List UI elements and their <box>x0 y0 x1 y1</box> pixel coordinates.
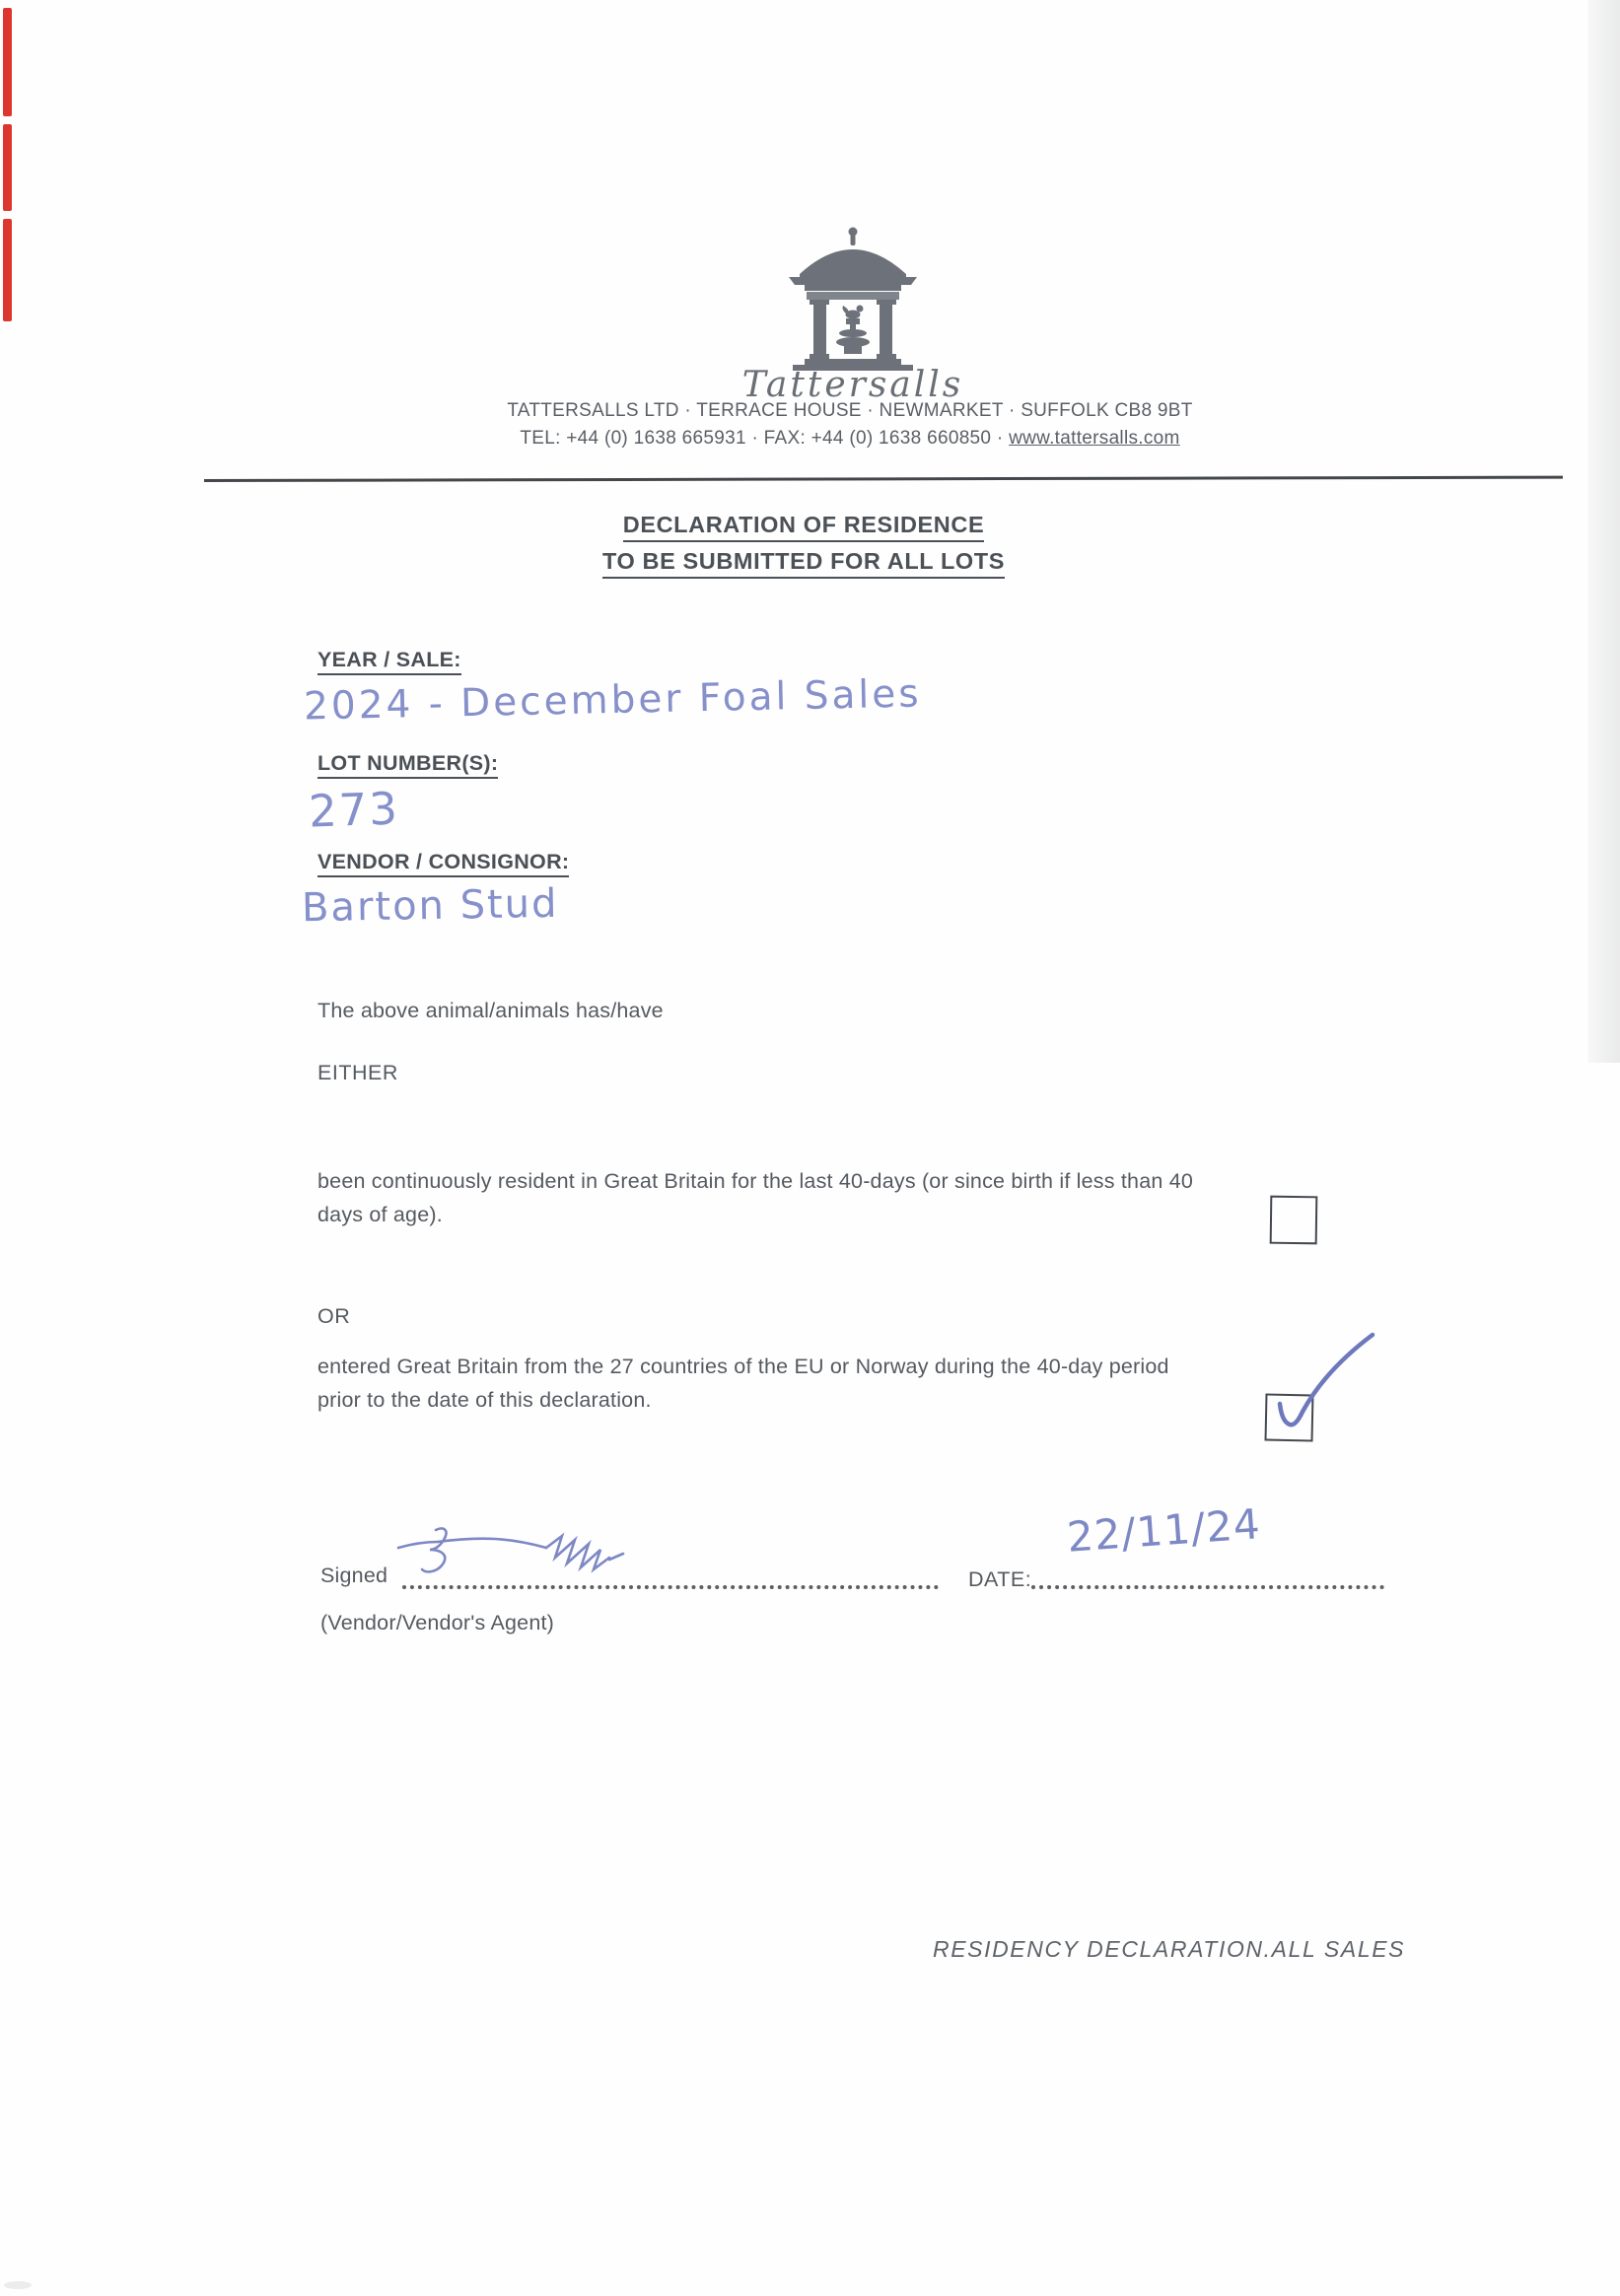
document-title-line2: TO BE SUBMITTED FOR ALL LOTS <box>311 548 1297 575</box>
tattersalls-cupola-logo <box>781 223 925 371</box>
option1-line1: been continuously resident in Great Brit… <box>317 1164 1417 1198</box>
year-sale-handwritten-value: 2024 - December Foal Sales <box>304 671 922 729</box>
contact-numbers: TEL: +44 (0) 1638 665931 · FAX: +44 (0) … <box>520 428 1009 449</box>
option2-line2: prior to the date of this declaration. <box>317 1383 1417 1417</box>
vendor-consignor-label: VENDOR / CONSIGNOR: <box>317 850 569 874</box>
letterhead-contact: TEL: +44 (0) 1638 665931 · FAX: +44 (0) … <box>317 428 1382 450</box>
document-reference: RESIDENCY DECLARATION.ALL SALES <box>933 1936 1405 1963</box>
scan-edge-shadow <box>1587 0 1620 1063</box>
lot-numbers-handwritten-value: 273 <box>308 782 400 837</box>
option1-line2: days of age). <box>317 1198 1417 1231</box>
scanned-declaration-page: Tattersalls TATTERSALLS LTD · TERRACE HO… <box>0 0 1620 2296</box>
vendor-handwritten-value: Barton Stud <box>302 881 559 932</box>
either-label: EITHER <box>317 1061 398 1085</box>
signed-label: Signed <box>320 1564 387 1588</box>
vendor-agent-note: (Vendor/Vendor's Agent) <box>320 1611 554 1635</box>
date-dotted-line <box>1031 1585 1384 1589</box>
header-divider <box>204 476 1563 482</box>
date-label: DATE: <box>968 1567 1031 1592</box>
scan-smudge <box>4 2281 32 2289</box>
lot-numbers-label: LOT NUMBER(S): <box>317 751 498 776</box>
document-title-line1: DECLARATION OF RESIDENCE <box>311 512 1297 538</box>
entered-gb-checkbox <box>1265 1393 1314 1441</box>
website-link: www.tattersalls.com <box>1009 428 1180 449</box>
red-margin-mark <box>3 219 12 321</box>
red-margin-mark <box>3 124 12 211</box>
brand-script-name: Tattersalls <box>725 365 981 405</box>
letterhead-address: TATTERSALLS LTD · TERRACE HOUSE · NEWMAR… <box>317 400 1382 422</box>
option1-text: been continuously resident in Great Brit… <box>317 1164 1417 1231</box>
year-sale-label: YEAR / SALE: <box>317 648 461 672</box>
resident-40days-checkbox <box>1270 1196 1318 1245</box>
handwritten-signature <box>392 1514 688 1599</box>
intro-text: The above animal/animals has/have <box>317 999 664 1023</box>
option2-text: entered Great Britain from the 27 countr… <box>317 1350 1417 1417</box>
date-handwritten-value: 22/11/24 <box>1066 1499 1263 1562</box>
or-label: OR <box>317 1304 350 1329</box>
option2-line1: entered Great Britain from the 27 countr… <box>317 1350 1417 1383</box>
red-margin-mark <box>3 8 12 116</box>
